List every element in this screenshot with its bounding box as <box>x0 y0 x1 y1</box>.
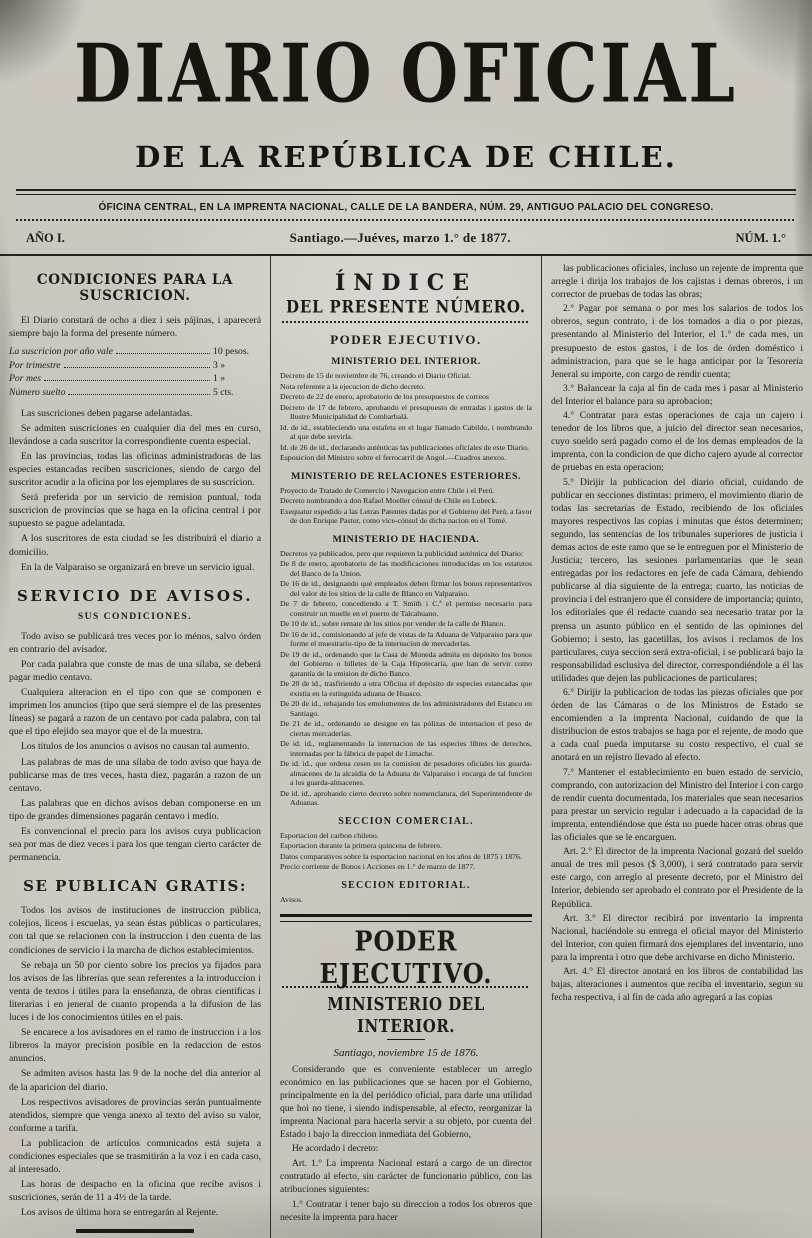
index-entry: Nota referente a la ejecucion de dicho d… <box>280 382 532 392</box>
index-entry: Exequatur espedido a las Letras Patentes… <box>280 507 532 526</box>
paper-title: DIARIO OFICIAL <box>0 17 812 134</box>
column-index: ÍNDICE DEL PRESENTE NÚMERO. PODER EJECUT… <box>270 256 541 1238</box>
paragraph: La publicacion de artículos comunicados … <box>9 1137 261 1176</box>
price-label: Por trimestre <box>9 359 61 373</box>
paragraph: Los respectivos avisadores de provincias… <box>9 1096 261 1135</box>
paragraph: 1.° Contratar i tener bajo su direccion … <box>280 1199 532 1225</box>
paragraph: Se admiten suscriciones en cualquier dia… <box>9 422 261 448</box>
paragraph: Se rebaja un 50 por ciento sobre los pre… <box>9 959 261 1024</box>
avisos-terms: Todo aviso se publicará tres veces por l… <box>9 630 261 865</box>
gratis-heading: SE PUBLICAN GRATIS: <box>9 877 261 895</box>
index-subtitle: DEL PRESENTE NÚMERO. <box>280 297 532 317</box>
index-entry: De 20 de id., rebajando los emolumentos … <box>280 699 532 718</box>
index-section-editorial: SECCION EDITORIAL. <box>280 880 532 891</box>
short-rule <box>387 1039 425 1040</box>
index-entry: Decretos ya publicados, pero que requier… <box>280 549 532 559</box>
price-row: Número suelto 5 cts. <box>9 386 261 400</box>
price-row: Por trimestre 3 » <box>9 359 261 373</box>
paragraph: 3.° Balancear la caja al fin de cada mes… <box>551 382 803 408</box>
index-entries-hacienda: Decretos ya publicados, pero que requier… <box>280 549 532 808</box>
paragraph: 5.° Dirijir la publicacion del diario of… <box>551 476 803 686</box>
paragraph: 7.° Mantener el establecimiento en buen … <box>551 766 803 845</box>
paragraph: En las provincias, todas las oficinas ad… <box>9 450 261 489</box>
paragraph: Se admiten avisos hasta las 9 de la noch… <box>9 1067 261 1093</box>
year-label: AÑO I. <box>26 231 65 246</box>
paragraph: Art. 4.° El director anotará en los libr… <box>551 965 803 1004</box>
price-label: Número suelto <box>9 386 65 400</box>
decree-body-continued: las publicaciones oficiales, incluso un … <box>551 262 803 1004</box>
gratis-terms: Todos los avisos de instituciones de ins… <box>9 904 261 1219</box>
paragraph: Las horas de despacho en la oficina que … <box>9 1178 261 1204</box>
index-entry: De 16 de id., designando qué empleados d… <box>280 579 532 598</box>
index-entry: De 16 de id., comisionando al jefe de vi… <box>280 630 532 649</box>
paragraph: Todos los avisos de instituciones de ins… <box>9 904 261 956</box>
index-entry: Proyecto de Tratado de Comercio i Navega… <box>280 486 532 496</box>
index-ministry-hacienda: MINISTERIO DE HACIENDA. <box>280 534 532 545</box>
paragraph: las publicaciones oficiales, incluso un … <box>551 262 803 301</box>
subscription-heading: CONDICIONES PARA LA SUSCRICION. <box>9 272 261 304</box>
index-entry: Decreto nombrando a don Rafael Moeller c… <box>280 496 532 506</box>
index-entry: De 19 de id., ordenando que la Casa de M… <box>280 650 532 679</box>
index-entries-interior: Decreto de 15 de noviembre de 76, creand… <box>280 371 532 463</box>
index-entry: De 21 de id., ordenando se designe en la… <box>280 719 532 738</box>
price-label: La suscricion por año vale <box>9 345 113 359</box>
price-row: La suscricion por año vale 10 pesos. <box>9 345 261 359</box>
index-section-poder: PODER EJECUTIVO. <box>280 332 532 348</box>
decree-section-title: PODER EJECUTIVO. <box>280 925 532 990</box>
thick-double-rule <box>280 914 532 922</box>
index-entry: Esposicion del Ministro sobre el ferroca… <box>280 453 532 463</box>
index-entry: Precio corriente de Bonos i Acciones en … <box>280 862 532 872</box>
price-value: 5 cts. <box>213 386 261 400</box>
index-entry: De id. id., reglamentando la internacion… <box>280 739 532 758</box>
column-subscription-conditions: CONDICIONES PARA LA SUSCRICION. El Diari… <box>0 256 270 1238</box>
index-entry: Id. de 26 de id., declarando auténticas … <box>280 443 532 453</box>
paragraph: Por cada palabra que conste de mas de un… <box>9 658 261 684</box>
price-value: 1 » <box>213 372 261 386</box>
avisos-heading: SERVICIO DE AVISOS. <box>9 587 261 605</box>
dot-leader <box>68 394 210 395</box>
paper-subtitle: DE LA REPÚBLICA DE CHILE. <box>0 140 812 174</box>
dot-leader <box>44 380 210 381</box>
paragraph: He acordado i decreto: <box>280 1143 532 1156</box>
subscription-terms: Las suscriciones deben pagarse adelantad… <box>9 407 261 574</box>
index-entry: De 10 de id., sobre remate de los sitios… <box>280 619 532 629</box>
index-ministry-esteriores: MINISTERIO DE RELACIONES ESTERIORES. <box>280 471 532 482</box>
paragraph: Cualquiera alteracion en el tipo con que… <box>9 686 261 738</box>
paragraph: Art. 2.° El director de la imprenta Naci… <box>551 845 803 910</box>
paragraph: Las palabras de mas de una sílaba de tod… <box>9 756 261 795</box>
price-table: La suscricion por año vale 10 pesos. Por… <box>9 345 261 399</box>
decree-dateline: Santiago, noviembre 15 de 1876. <box>280 1047 532 1059</box>
price-label: Por mes <box>9 372 41 386</box>
index-entry: Decreto de 15 de noviembre de 76, creand… <box>280 371 532 381</box>
paragraph: 2.° Pagar por semana o por mes los salar… <box>551 302 803 381</box>
index-entry: De id. id., aprobando cierto decreto sob… <box>280 789 532 808</box>
paragraph: Los avisos de última hora se entregarán … <box>9 1206 261 1219</box>
index-entry: Esportacion del carbon chileno. <box>280 831 532 841</box>
index-entries-esteriores: Proyecto de Tratado de Comercio i Navega… <box>280 486 532 526</box>
end-rule <box>76 1229 194 1233</box>
paragraph: Todo aviso se publicará tres veces por l… <box>9 630 261 656</box>
dot-leader <box>64 367 210 368</box>
index-entry: Decreto de 22 de enero, aprobatorio de l… <box>280 392 532 402</box>
decree-ministry-heading: MINISTERIO DEL INTERIOR. <box>280 993 532 1036</box>
paragraph: Las palabras que en dichos avisos deban … <box>9 797 261 823</box>
index-entry: Datos comparativos sobre la esportacion … <box>280 852 532 862</box>
paragraph: Considerando que es conveniente establec… <box>280 1064 532 1141</box>
index-entry: Id. de id., estableciendo una estafeta e… <box>280 423 532 442</box>
price-row: Por mes 1 » <box>9 372 261 386</box>
index-entry: Avisos. <box>280 895 532 905</box>
index-entry: Decreto de 17 de febrero, aprobando el p… <box>280 403 532 422</box>
price-value: 10 pesos. <box>213 345 261 359</box>
index-title: ÍNDICE <box>280 270 532 296</box>
double-rule <box>16 189 796 195</box>
avisos-subheading: SUS CONDICIONES. <box>9 612 261 622</box>
issue-label: NÚM. 1.° <box>736 231 786 246</box>
dotted-rule <box>282 321 530 323</box>
paragraph: Será preferida por un servicio de remisi… <box>9 491 261 530</box>
paragraph: Art. 3.° El director recibirá por invent… <box>551 912 803 964</box>
dateline-row: AÑO I. Santiago.—Juéves, marzo 1.° de 18… <box>0 221 812 254</box>
index-ministry-interior: MINISTERIO DEL INTERIOR. <box>280 356 532 367</box>
decree-body: Considerando que es conveniente establec… <box>280 1064 532 1225</box>
column-layout: CONDICIONES PARA LA SUSCRICION. El Diari… <box>0 254 812 1238</box>
paragraph: Es convencional el precio para los aviso… <box>9 825 261 864</box>
index-entry: De id. id., que ordena cesen en la comis… <box>280 759 532 788</box>
index-entry: De 7 de febrero, concediendo a T. Smith … <box>280 599 532 618</box>
paragraph: 4.° Contratar para estas operaciones de … <box>551 409 803 474</box>
index-entry: De 20 de id., trasfiriendo a otra Oficin… <box>280 679 532 698</box>
dot-leader <box>116 353 210 354</box>
paragraph: Los títulos de los anuncios o avisos no … <box>9 740 261 753</box>
paragraph: Se encarece a los avisadores en el ramo … <box>9 1026 261 1065</box>
price-value: 3 » <box>213 359 261 373</box>
paragraph: En la de Valparaiso se organizará en bre… <box>9 561 261 574</box>
index-entries-comercial: Esportacion del carbon chileno.Esportaci… <box>280 831 532 872</box>
column-decree-continued: las publicaciones oficiales, incluso un … <box>541 256 812 1238</box>
paragraph: A los suscritores de esta ciudad se les … <box>9 532 261 558</box>
index-section-comercial: SECCION COMERCIAL. <box>280 816 532 827</box>
subscription-intro: El Diario constará de ocho a diez i seis… <box>9 314 261 340</box>
index-entry: De 8 de enero, aprobatorio de las modifi… <box>280 559 532 578</box>
index-entries-editorial: Avisos. <box>280 895 532 905</box>
office-address-line: ÓFICINA CENTRAL, EN LA IMPRENTA NACIONAL… <box>0 202 812 213</box>
paragraph: 6.° Dirijir la publicacion de todas las … <box>551 686 803 765</box>
date-line: Santiago.—Juéves, marzo 1.° de 1877. <box>290 230 511 246</box>
paragraph: Art. 1.° La imprenta Nacional estará a c… <box>280 1158 532 1197</box>
paragraph: Las suscriciones deben pagarse adelantad… <box>9 407 261 420</box>
index-entry: Esportacion durante la primera quincena … <box>280 841 532 851</box>
newspaper-page: DIARIO OFICIAL DE LA REPÚBLICA DE CHILE.… <box>0 0 812 1238</box>
masthead: DIARIO OFICIAL DE LA REPÚBLICA DE CHILE.… <box>0 0 812 254</box>
